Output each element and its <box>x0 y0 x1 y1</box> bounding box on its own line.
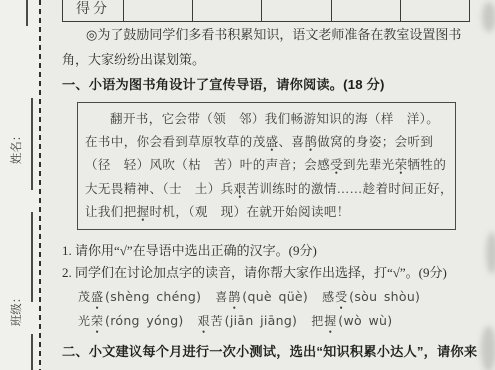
write-in-rule <box>26 0 28 26</box>
pinyin-word: 艰苦 <box>198 312 224 329</box>
question-1: 1. 请你用“√”在导语中选出正确的汉字。(9分) <box>62 240 482 259</box>
emphasis-dot-char: 握 <box>137 201 150 224</box>
score-table-label: 得分 <box>63 0 123 21</box>
pinyin-choice-row: 茂盛(shèng chéng)喜鹊(què qüè)感受(sòu shòu) <box>78 288 478 305</box>
section-2-heading: 二、小文建议每个月进行一次小测试，选出“知识积累小达人”，请你来 <box>62 341 482 360</box>
pinyin-options: (róng yóng) <box>105 313 184 328</box>
intro-paragraph: ◎为了鼓励同学们多看书积累知识，语文老师准备在教室设置图书 角，大家纷纷出谋划策… <box>62 22 466 72</box>
passage-box: 翻开书，它会带（领 邻）我们畅游知识的海（样 洋）。在书中，你会看到草原牧草的茂… <box>77 102 456 230</box>
scan-artifact <box>486 232 495 274</box>
score-table: 得分 <box>62 0 470 22</box>
emphasis-dot-char: 握 <box>324 312 337 329</box>
passage-line: 让我们把握时机，（观 现）在就开始阅读吧！ <box>85 201 448 224</box>
score-table-empty-cell <box>331 0 400 21</box>
write-in-rule <box>31 334 33 370</box>
margin-label-class: 班级： <box>10 286 24 332</box>
emphasis-dot-char: 鹊 <box>304 131 317 154</box>
emphasis-dot-char: 盛 <box>266 131 279 154</box>
passage-line: 翻开书，它会带（领 邻）我们畅游知识的海（样 洋）。 <box>85 108 448 131</box>
pinyin-choice-item: 艰苦(jiān jiāng) <box>198 312 298 329</box>
pinyin-options: (jiān jiāng) <box>225 313 298 328</box>
emphasis-dot-char: 艰 <box>234 178 247 201</box>
emphasis-dot-char: 荣 <box>91 312 104 329</box>
passage-line: （径 轻）风吹（枯 苦）叶的声音；会感受到先辈光荣牺牲的 <box>85 154 448 177</box>
emphasis-dot-char: 受 <box>330 154 343 177</box>
question-2: 2. 同学们在讨论加点字的读音，请你帮大家作出选择，打“√”。(9分) <box>62 262 482 281</box>
emphasis-dot-char: 荣 <box>395 154 408 177</box>
write-in-rule <box>31 98 33 190</box>
pinyin-options: (sòu shòu) <box>349 289 420 304</box>
scan-artifact <box>482 2 495 32</box>
scan-artifact <box>481 326 495 370</box>
pinyin-choice-item: 光荣(róng yóng) <box>78 312 184 329</box>
pinyin-choice-item: 喜鹊(què qüè) <box>215 288 308 305</box>
passage-line: 大无畏精神、（士 土）兵艰苦训练时的激情……趁着时间正好， <box>85 178 448 201</box>
binding-dashed-line <box>39 0 41 370</box>
pinyin-word: 感受 <box>322 288 348 305</box>
pinyin-choice-item: 把握(wò wù) <box>311 312 392 329</box>
score-table-empty-cell <box>400 0 469 21</box>
emphasis-dot-char: 盛 <box>91 288 104 305</box>
pinyin-choice-row: 光荣(róng yóng)艰苦(jiān jiāng)把握(wò wù) <box>78 312 478 329</box>
pinyin-options: (què qüè) <box>242 289 308 304</box>
exam-paper-page: 姓名： 班级： 得分 ◎为了鼓励同学们多看书积累知识，语文老师准备在教室设置图书… <box>0 0 495 370</box>
pinyin-choice-item: 感受(sòu shòu) <box>322 288 420 305</box>
emphasis-dot-char: 受 <box>335 288 348 305</box>
emphasis-dot-char: 艰 <box>198 312 211 329</box>
score-table-empty-cell <box>192 0 261 21</box>
score-table-empty-cell <box>123 0 192 21</box>
pinyin-word: 光荣 <box>78 312 104 329</box>
pinyin-word: 把握 <box>311 312 337 329</box>
pinyin-options: (shèng chéng) <box>105 289 201 304</box>
pinyin-choice-item: 茂盛(shèng chéng) <box>78 288 201 305</box>
score-table-empty-cell <box>261 0 330 21</box>
pinyin-word: 茂盛 <box>78 288 104 305</box>
passage-line: 在书中，你会看到草原牧草的茂盛、喜鹊做窝的身姿；会听到 <box>85 131 448 154</box>
write-in-rule <box>31 212 33 302</box>
margin-label-name: 姓名： <box>10 124 24 170</box>
pinyin-word: 喜鹊 <box>215 288 241 305</box>
intro-line: 角，大家纷纷出谋划策。 <box>62 47 466 72</box>
section-1-heading: 一、小语为图书角设计了宣传导语，请你阅读。(18 分) <box>62 74 482 93</box>
emphasis-dot-char: 鹊 <box>228 288 241 305</box>
intro-line: ◎为了鼓励同学们多看书积累知识，语文老师准备在教室设置图书 <box>62 22 466 47</box>
pinyin-options: (wò wù) <box>338 313 392 328</box>
